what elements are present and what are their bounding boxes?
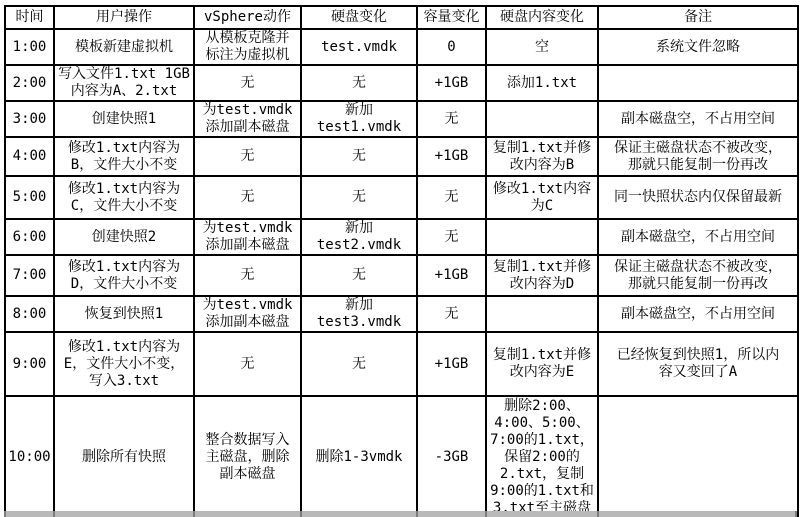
cell-disk-content-change: 复制1.txt并修 改内容为D [486, 255, 598, 296]
cell-disk-change: 删除1-3vmdk [301, 396, 417, 517]
cell-disk-change: 无 [301, 137, 417, 176]
column-divider-tick [53, 511, 55, 517]
cell-disk-change: 新加test2.vmdk [301, 219, 417, 255]
cell-remark: 保证主磁盘状态不被改变， 那就只能复制一份再改 [598, 255, 798, 296]
cell-remark: 副本磁盘空，不占用空间 [598, 296, 798, 332]
cell-vsphere-action: 为test.vmdk 添加副本磁盘 [194, 219, 301, 255]
table-row: 5:00修改1.txt内容为 C，文件大小不变无无无修改1.txt内容 为C同一… [5, 176, 798, 219]
cell-user-operation: 恢复到快照1 [54, 296, 194, 332]
column-header-vsphere-action: vSphere动作 [194, 6, 301, 29]
table-row: 6:00创建快照2为test.vmdk 添加副本磁盘新加test2.vmdk无副… [5, 219, 798, 255]
cell-vsphere-action: 无 [194, 332, 301, 396]
cell-disk-content-change: 添加1.txt [486, 65, 598, 101]
cell-capacity-change: 无 [417, 176, 486, 219]
cell-time: 7:00 [5, 255, 54, 296]
cell-remark: 保证主磁盘状态不被改变， 那就只能复制一份再改 [598, 137, 798, 176]
cell-disk-content-change: 复制1.txt并修 改内容为B [486, 137, 598, 176]
cell-disk-content-change: 空 [486, 29, 598, 65]
cell-disk-change: 新加test3.vmdk [301, 296, 417, 332]
cell-user-operation: 修改1.txt内容为 B，文件大小不变 [54, 137, 194, 176]
cell-disk-content-change [486, 101, 598, 137]
cell-remark: 系统文件忽略 [598, 29, 798, 65]
cell-capacity-change: 无 [417, 219, 486, 255]
cell-remark [598, 396, 798, 517]
cell-capacity-change: -3GB [417, 396, 486, 517]
cell-vsphere-action: 整合数据写入 主磁盘，删除 副本磁盘 [194, 396, 301, 517]
table-row: 8:00恢复到快照1为test.vmdk 添加副本磁盘新加test3.vmdk无… [5, 296, 798, 332]
cell-vsphere-action: 为test.vmdk 添加副本磁盘 [194, 101, 301, 137]
cell-capacity-change: +1GB [417, 137, 486, 176]
table-row: 1:00模板新建虚拟机从模板克隆并 标注为虚拟机test.vmdk0空系统文件忽… [5, 29, 798, 65]
cell-disk-content-change: 修改1.txt内容 为C [486, 176, 598, 219]
cell-user-operation: 修改1.txt内容为 C，文件大小不变 [54, 176, 194, 219]
column-header-remark: 备注 [598, 6, 798, 29]
table-row: 7:00修改1.txt内容为 D，文件大小不变无无+1GB复制1.txt并修 改… [5, 255, 798, 296]
table-row: 10:00删除所有快照整合数据写入 主磁盘，删除 副本磁盘删除1-3vmdk-3… [5, 396, 798, 517]
cell-user-operation: 修改1.txt内容为 D，文件大小不变 [54, 255, 194, 296]
column-divider-tick [416, 511, 418, 517]
cell-time: 8:00 [5, 296, 54, 332]
cell-user-operation: 删除所有快照 [54, 396, 194, 517]
column-divider-tick [300, 511, 302, 517]
cell-time: 1:00 [5, 29, 54, 65]
cell-disk-content-change: 复制1.txt并修 改内容为E [486, 332, 598, 396]
cell-vsphere-action: 无 [194, 255, 301, 296]
cell-user-operation: 写入文件1.txt 1GB 内容为A、2.txt [54, 65, 194, 101]
column-divider-tick [485, 511, 487, 517]
cell-time: 6:00 [5, 219, 54, 255]
cell-capacity-change: 无 [417, 101, 486, 137]
column-header-disk-content-change: 硬盘内容变化 [486, 6, 598, 29]
cell-user-operation: 创建快照1 [54, 101, 194, 137]
cell-time: 4:00 [5, 137, 54, 176]
cell-vsphere-action: 从模板克隆并 标注为虚拟机 [194, 29, 301, 65]
column-divider-tick [597, 511, 599, 517]
snapshot-table: 时间用户操作vSphere动作硬盘变化容量变化硬盘内容变化备注 1:00模板新建… [4, 5, 799, 517]
cell-user-operation: 模板新建虚拟机 [54, 29, 194, 65]
header-row: 时间用户操作vSphere动作硬盘变化容量变化硬盘内容变化备注 [5, 6, 798, 29]
column-header-capacity-change: 容量变化 [417, 6, 486, 29]
cell-user-operation: 创建快照2 [54, 219, 194, 255]
cell-disk-change: 新加test1.vmdk [301, 101, 417, 137]
cell-user-operation: 修改1.txt内容为 E，文件大小不变， 写入3.txt [54, 332, 194, 396]
cell-disk-content-change: 删除2:00、 4:00、5:00、 7:00的1.txt， 保留2:00的 2… [486, 396, 598, 517]
cell-remark: 已经恢复到快照1，所以内 容又变回了A [598, 332, 798, 396]
cell-disk-change: 无 [301, 332, 417, 396]
cell-capacity-change: 无 [417, 296, 486, 332]
cell-remark: 副本磁盘空，不占用空间 [598, 101, 798, 137]
column-header-user-operation: 用户操作 [54, 6, 194, 29]
cell-vsphere-action: 无 [194, 65, 301, 101]
cell-vsphere-action: 为test.vmdk 添加副本磁盘 [194, 296, 301, 332]
table-bottom-edge [4, 511, 797, 517]
cell-disk-content-change [486, 219, 598, 255]
cell-disk-change: test.vmdk [301, 29, 417, 65]
column-divider-tick [4, 511, 6, 517]
cell-vsphere-action: 无 [194, 137, 301, 176]
cell-capacity-change: +1GB [417, 65, 486, 101]
cell-time: 5:00 [5, 176, 54, 219]
column-divider-tick [795, 511, 797, 517]
cell-time: 10:00 [5, 396, 54, 517]
cell-time: 2:00 [5, 65, 54, 101]
cell-capacity-change: 0 [417, 29, 486, 65]
cell-disk-change: 无 [301, 65, 417, 101]
cell-time: 9:00 [5, 332, 54, 396]
cell-remark: 副本磁盘空，不占用空间 [598, 219, 798, 255]
cell-disk-change: 无 [301, 176, 417, 219]
page-background: 时间用户操作vSphere动作硬盘变化容量变化硬盘内容变化备注 1:00模板新建… [0, 0, 801, 517]
column-header-time: 时间 [5, 6, 54, 29]
column-header-disk-change: 硬盘变化 [301, 6, 417, 29]
cell-time: 3:00 [5, 101, 54, 137]
cell-capacity-change: +1GB [417, 255, 486, 296]
cell-disk-content-change [486, 296, 598, 332]
cell-remark: 同一快照状态内仅保留最新 [598, 176, 798, 219]
table-row: 9:00修改1.txt内容为 E，文件大小不变， 写入3.txt无无+1GB复制… [5, 332, 798, 396]
cell-disk-change: 无 [301, 255, 417, 296]
table-row: 2:00写入文件1.txt 1GB 内容为A、2.txt无无+1GB添加1.tx… [5, 65, 798, 101]
table-row: 3:00创建快照1为test.vmdk 添加副本磁盘新加test1.vmdk无副… [5, 101, 798, 137]
column-divider-tick [193, 511, 195, 517]
cell-vsphere-action: 无 [194, 176, 301, 219]
cell-capacity-change: +1GB [417, 332, 486, 396]
cell-remark [598, 65, 798, 101]
table-row: 4:00修改1.txt内容为 B，文件大小不变无无+1GB复制1.txt并修 改… [5, 137, 798, 176]
